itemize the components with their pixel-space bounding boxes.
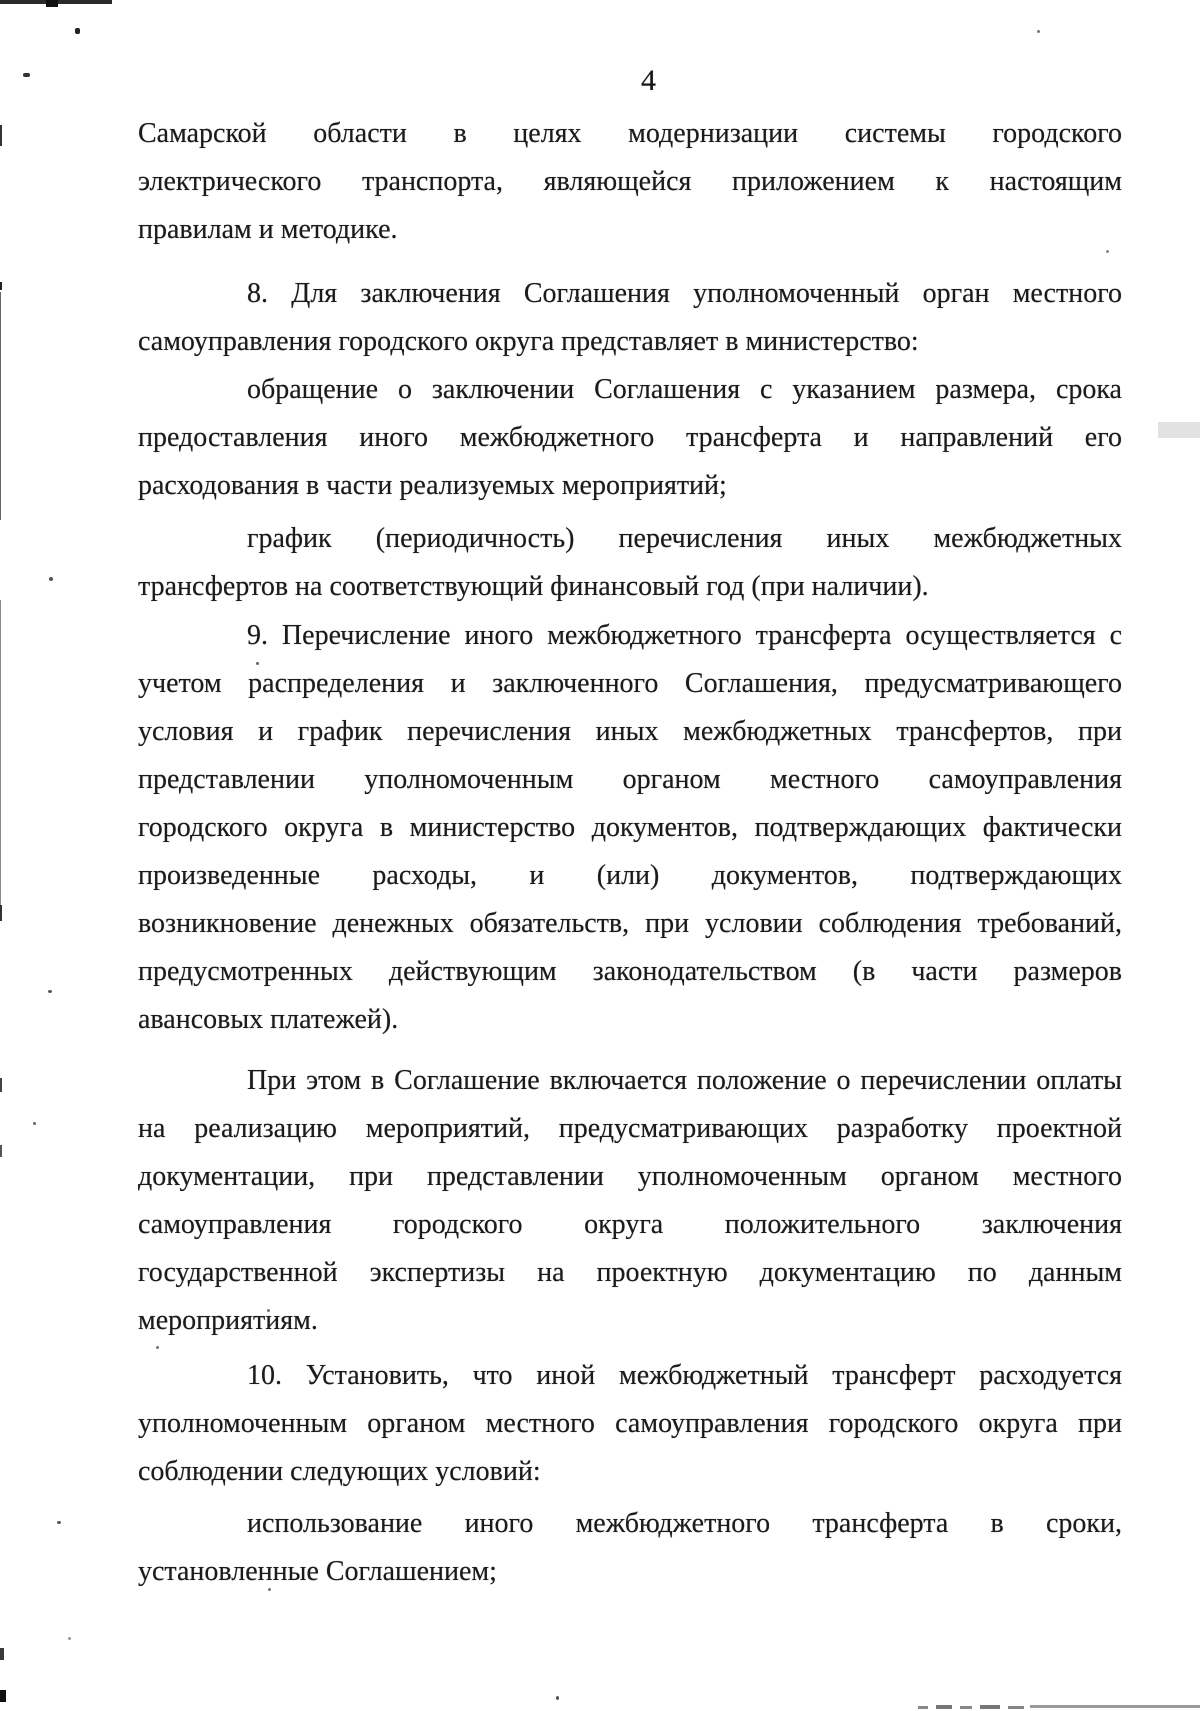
text-line: условия и график перечисления иных межбю… bbox=[138, 708, 1122, 756]
paragraph: использование иного межбюджетного трансф… bbox=[138, 1500, 1122, 1596]
scan-artifact-edge-line bbox=[0, 125, 2, 146]
document-body: Самарской области в целях модернизации с… bbox=[138, 110, 1122, 1596]
scan-artifact-speck bbox=[556, 1696, 559, 1700]
text-line: трансфертов на соответствующий финансовы… bbox=[138, 563, 1122, 611]
scan-artifact-bottom-dash bbox=[960, 1706, 972, 1709]
text-line: 9. Перечисление иного межбюджетного тран… bbox=[138, 612, 1122, 660]
scan-artifact-edge-line bbox=[0, 905, 2, 921]
text-line: представлении уполномоченным органом мес… bbox=[138, 756, 1122, 804]
scan-artifact-bottom-dash bbox=[980, 1705, 1000, 1709]
text-line: самоуправления городского округа предста… bbox=[138, 318, 1122, 366]
text-line: обращение о заключении Соглашения с указ… bbox=[138, 366, 1122, 414]
paragraph: 10. Установить, что иной межбюджетный тр… bbox=[138, 1352, 1122, 1496]
text-line: произведенные расходы, и (или) документо… bbox=[138, 852, 1122, 900]
scan-artifact-bottom-dash bbox=[936, 1705, 952, 1709]
text-line: установленные Соглашением; bbox=[138, 1548, 1122, 1596]
text-line: государственной экспертизы на проектную … bbox=[138, 1249, 1122, 1297]
paragraph: 8. Для заключения Соглашения уполномочен… bbox=[138, 270, 1122, 366]
scan-artifact-edge-tick bbox=[0, 1078, 2, 1092]
text-line: учетом распределения и заключенного Согл… bbox=[138, 660, 1122, 708]
text-line: на реализацию мероприятий, предусматрива… bbox=[138, 1105, 1122, 1153]
scan-artifact-top-bar bbox=[0, 0, 112, 4]
text-line: использование иного межбюджетного трансф… bbox=[138, 1500, 1122, 1548]
scan-artifact-speck bbox=[48, 990, 52, 993]
scan-artifact-speck bbox=[1037, 30, 1040, 33]
scan-artifact-bottom-dash bbox=[1008, 1706, 1024, 1709]
paragraph: При этом в Соглашение включается положен… bbox=[138, 1057, 1122, 1345]
scan-artifact-bottom-dash bbox=[918, 1706, 928, 1709]
paragraph: 9. Перечисление иного межбюджетного тран… bbox=[138, 612, 1122, 1044]
text-line: мероприятиям. bbox=[138, 1297, 1122, 1345]
scan-artifact-speck bbox=[75, 28, 80, 34]
paragraph: график (периодичность) перечисления иных… bbox=[138, 515, 1122, 611]
scan-artifact-speck bbox=[49, 577, 53, 581]
page-number: 4 bbox=[641, 64, 656, 98]
scan-artifact-speck bbox=[68, 1637, 71, 1640]
text-line: документации, при представлении уполномо… bbox=[138, 1153, 1122, 1201]
scan-artifact-speck bbox=[57, 1521, 61, 1524]
text-line: соблюдении следующих условий: bbox=[138, 1448, 1122, 1496]
scan-artifact-edge-tick bbox=[0, 1145, 2, 1157]
document-page: 4 Самарской области в целях модернизации… bbox=[0, 0, 1200, 1711]
scan-artifact-right-smudge bbox=[1158, 422, 1200, 438]
scan-artifact-bottom-left-mark bbox=[0, 1648, 4, 1660]
text-line: городского округа в министерство докумен… bbox=[138, 804, 1122, 852]
text-line: возникновение денежных обязательств, при… bbox=[138, 900, 1122, 948]
paragraph: обращение о заключении Соглашения с указ… bbox=[138, 366, 1122, 510]
paragraph: Самарской области в целях модернизации с… bbox=[138, 110, 1122, 254]
text-line: уполномоченным органом местного самоупра… bbox=[138, 1400, 1122, 1448]
text-line: график (периодичность) перечисления иных… bbox=[138, 515, 1122, 563]
scan-artifact-speck bbox=[23, 73, 30, 77]
text-line: электрического транспорта, являющейся пр… bbox=[138, 158, 1122, 206]
text-line: самоуправления городского округа положит… bbox=[138, 1201, 1122, 1249]
text-line: При этом в Соглашение включается положен… bbox=[138, 1057, 1122, 1105]
scan-artifact-speck bbox=[33, 1122, 36, 1125]
scan-artifact-edge-line bbox=[0, 600, 1, 910]
text-line: предусмотренных действующим законодатель… bbox=[138, 948, 1122, 996]
text-line: расходования в части реализуемых меропри… bbox=[138, 462, 1122, 510]
text-line: 8. Для заключения Соглашения уполномочен… bbox=[138, 270, 1122, 318]
scan-artifact-edge-line bbox=[0, 282, 2, 290]
scan-artifact-edge-line bbox=[0, 292, 1, 520]
scan-artifact-bottom-left-mark bbox=[0, 1690, 6, 1702]
text-line: Самарской области в целях модернизации с… bbox=[138, 110, 1122, 158]
text-line: правилам и методике. bbox=[138, 206, 1122, 254]
text-line: авансовых платежей). bbox=[138, 996, 1122, 1044]
scan-artifact-top-blob bbox=[46, 0, 58, 7]
text-line: предоставления иного межбюджетного транс… bbox=[138, 414, 1122, 462]
text-line: 10. Установить, что иной межбюджетный тр… bbox=[138, 1352, 1122, 1400]
scan-artifact-bottom-line bbox=[1030, 1705, 1200, 1708]
